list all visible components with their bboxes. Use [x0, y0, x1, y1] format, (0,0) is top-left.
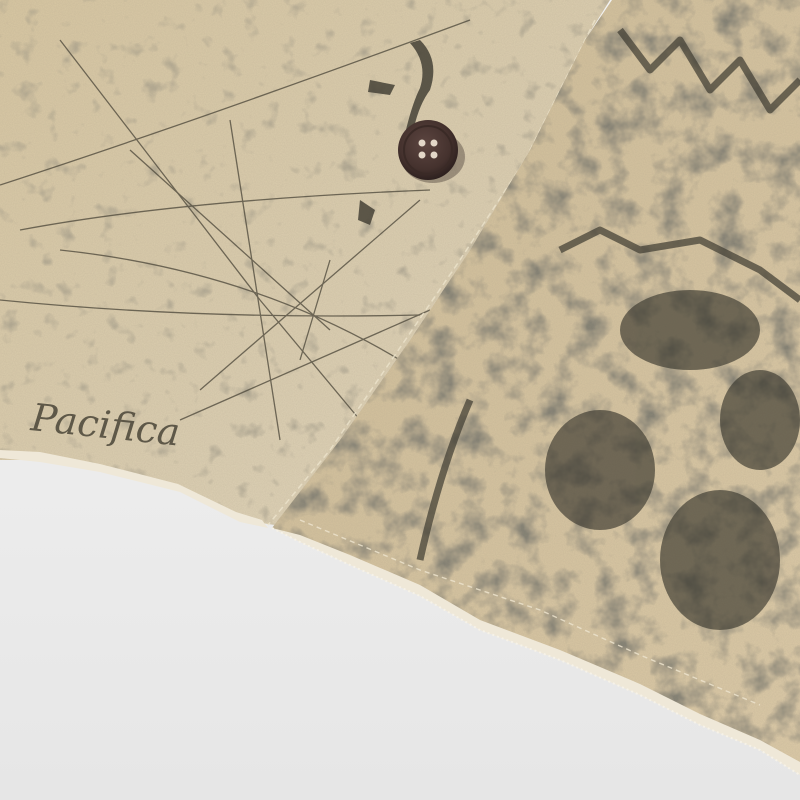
fabric-illustration: Pacifica [0, 0, 800, 800]
photo-scene: Pacifica [0, 0, 800, 800]
